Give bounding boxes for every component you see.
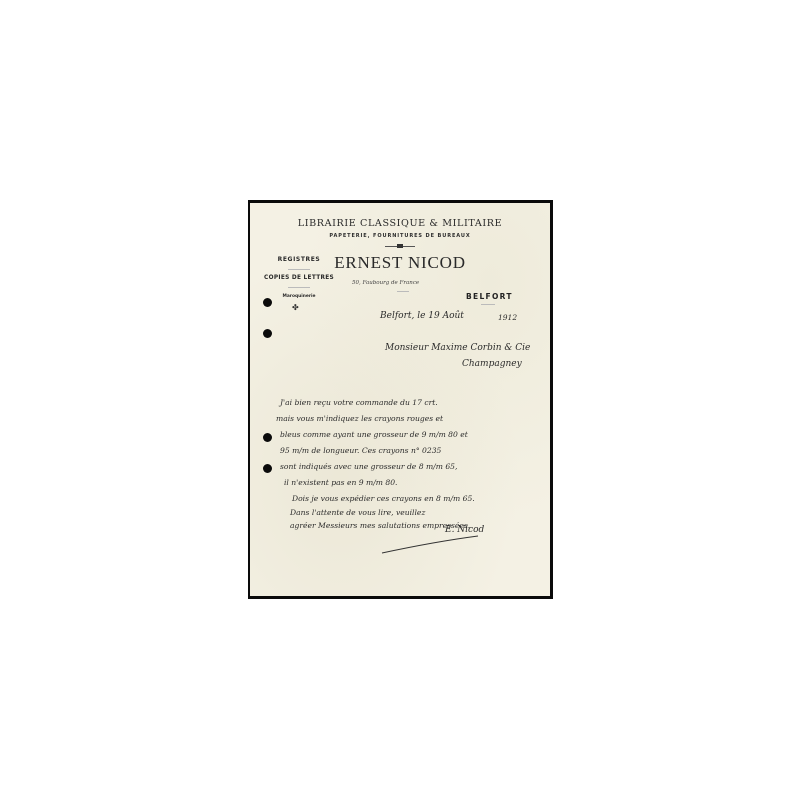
fleuron-icon: [385, 244, 415, 250]
service-registres: REGISTRES: [258, 256, 340, 263]
body-line: Dans l'attente de vous lire, veuillez: [290, 508, 425, 517]
service-copies-de-lettres: COPIES DE LETTRES: [258, 275, 340, 281]
body-line: sont indiqués avec une grosseur de 8 m/m…: [280, 462, 457, 471]
letter-year: 1912: [498, 313, 517, 322]
divider: [481, 304, 495, 305]
punch-hole: [263, 329, 272, 338]
divider: [397, 291, 409, 292]
body-line: J'ai bien reçu votre commande du 17 crt.: [280, 398, 438, 407]
cross-ornament-icon: ✤: [292, 303, 299, 312]
body-line: Dois je vous expédier ces crayons en 8 m…: [292, 494, 475, 503]
letter-page: LIBRAIRIE CLASSIQUE & MILITAIRE PAPETERI…: [250, 203, 550, 596]
merchant-address: 50, Faubourg de France: [352, 280, 419, 286]
body-line: agréer Messieurs mes salutations empress…: [290, 521, 470, 530]
divider: [288, 287, 310, 288]
punch-hole: [263, 298, 272, 307]
body-line: il n'existent pas en 9 m/m 80.: [284, 478, 397, 487]
body-line: bleus comme ayant une grosseur de 9 m/m …: [280, 430, 468, 439]
recipient-city: Champagney: [462, 359, 522, 369]
body-line: 95 m/m de longueur. Ces crayons n° 0235: [280, 446, 441, 455]
punch-hole: [263, 464, 272, 473]
letter-date: Belfort, le 19 Août: [380, 311, 464, 321]
punch-hole: [263, 433, 272, 442]
divider: [288, 269, 310, 270]
letterhead-title: LIBRAIRIE CLASSIQUE & MILITAIRE: [250, 218, 550, 229]
signature-flourish: [380, 535, 480, 555]
signature: E. Nicod: [445, 525, 484, 535]
merchant-city: BELFORT: [466, 292, 513, 301]
body-line: mais vous m'indiquez les crayons rouges …: [276, 414, 443, 423]
letterhead-subtitle: PAPETERIE, FOURNITURES DE BUREAUX: [250, 233, 550, 239]
recipient-name: Monsieur Maxime Corbin & Cie: [385, 343, 530, 353]
